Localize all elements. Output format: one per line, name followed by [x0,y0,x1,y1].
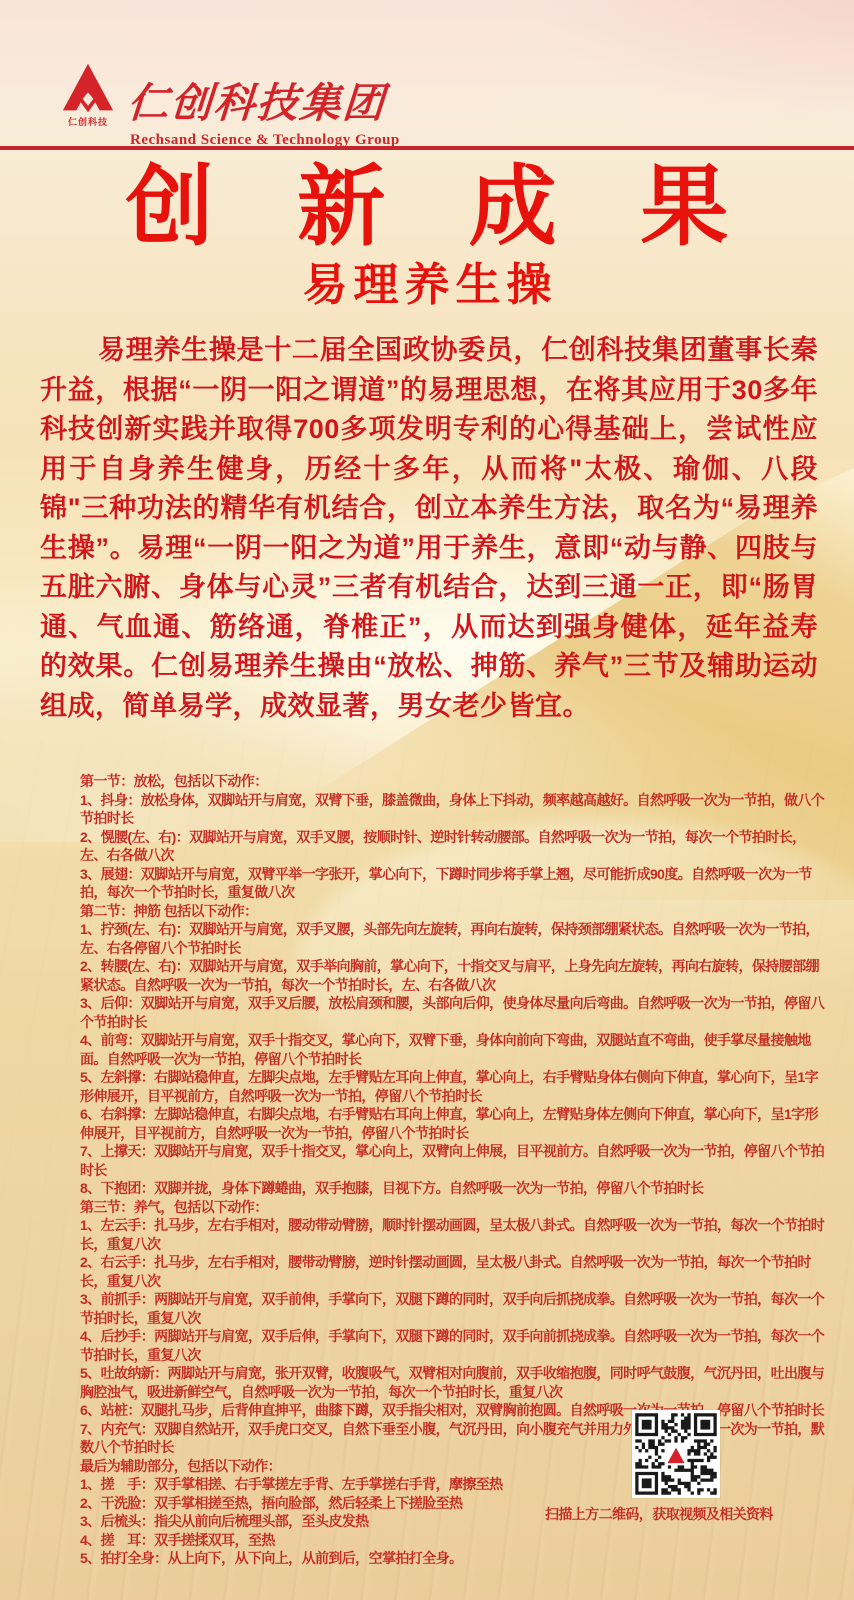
exercise-item: 1、拧颈(左、右)：双脚站开与肩宽，双手叉腰，头部先向左旋转，再向右旋转，保持颈… [80,920,825,957]
exercise-item: 8、下抱团：双脚并拢，身体下蹲蜷曲，双手抱膝，目视下方。自然呼吸一次为一节拍，停… [80,1179,825,1198]
poster: 仁创科技 仁创科技集团 Rechsand Science & Technolog… [0,0,854,1600]
section-heading: 第二节：抻筋 包括以下动作： [80,902,825,921]
exercise-item: 6、右斜撑：左脚站稳伸直，右脚尖点地，右手臂贴右耳向上伸直，掌心向上，左臂贴身体… [80,1105,825,1142]
mountain-logo-icon [59,62,117,114]
qr-code [632,1410,720,1498]
exercise-item: 4、搓 耳：双手搓揉双耳，至热 [80,1531,825,1550]
page-subtitle: 易理养生操 [0,260,854,310]
exercise-item: 1、抖身：放松身体，双脚站开与肩宽，双臂下垂，膝盖微曲，身体上下抖动，频率越高越… [80,791,825,828]
exercise-item: 3、前抓手：两脚站开与肩宽，双手前伸，手掌向下，双腿下蹲的同时，双手向后抓挠成拳… [80,1290,825,1327]
company-logo: 仁创科技 [50,62,126,128]
qr-code-icon [632,1410,720,1498]
section-heading: 第三节：养气，包括以下动作： [80,1198,825,1217]
brand-name-cn: 仁创科技集团 [126,70,402,129]
page-title: 创新成果 [0,156,854,257]
exercise-item: 4、后抄手：两脚站开与肩宽，双手后伸，手掌向下，双腿下蹲的同时，双手向前抓挠成拳… [80,1327,825,1364]
exercise-item: 2、愰腰(左、右)：双脚站开与肩宽，双手叉腰，按顺时针、逆时针转动腰部。自然呼吸… [80,828,825,865]
exercise-item: 2、转腰(左、右)：双脚站开与肩宽，双手举向胸前，掌心向下，十指交叉与肩平，上身… [80,957,825,994]
logo-caption: 仁创科技 [50,115,126,128]
section-heading: 第一节：放松，包括以下动作： [80,772,825,791]
exercise-item: 5、拍打全身：从上向下，从下向上，从前到后，空掌拍打全身。 [80,1549,825,1568]
exercise-item: 7、上撑天：双脚站开与肩宽，双手十指交叉，掌心向上，双臂向上伸展，目平视前方。自… [80,1142,825,1179]
exercise-item: 3、展翅：双脚站开与肩宽，双臂平举一字张开，掌心向下，下蹲时同步将手掌上翘，尽可… [80,865,825,902]
brand-block: 仁创科技集团 Rechsand Science & Technology Gro… [128,70,400,149]
exercise-item: 5、左斜撑：右脚站稳伸直，左脚尖点地，左手臂贴左耳向上伸直，掌心向上，右手臂贴身… [80,1068,825,1105]
exercise-item: 2、右云手：扎马步，左右手相对，腰带动臂膀，逆时针摆动画圆，呈太极八卦式。自然呼… [80,1253,825,1290]
exercise-item: 5、吐故纳新：两脚站开与肩宽，张开双臂，收腹吸气，双臂相对向腹前，双手收缩抱腹，… [80,1364,825,1401]
red-divider-line [0,146,854,150]
exercise-item: 4、前弯：双脚站开与肩宽，双手十指交叉，掌心向下，双臂下垂，身体向前向下弯曲，双… [80,1031,825,1068]
exercise-item: 1、左云手：扎马步，左右手相对，腰动带动臂膀，顺时针摆动画圆，呈太极八卦式。自然… [80,1216,825,1253]
header: 仁创科技 仁创科技集团 Rechsand Science & Technolog… [0,0,854,146]
intro-paragraph: 易理养生操是十二届全国政协委员，仁创科技集团董事长秦升益，根据“一阴一阳之谓道”… [40,331,818,726]
qr-caption: 扫描上方二维码，获取视频及相关资料 [545,1504,815,1524]
exercise-item: 3、后仰：双脚站开与肩宽，双手叉后腰，放松肩颈和腰，头部向后仰，使身体尽量向后弯… [80,994,825,1031]
